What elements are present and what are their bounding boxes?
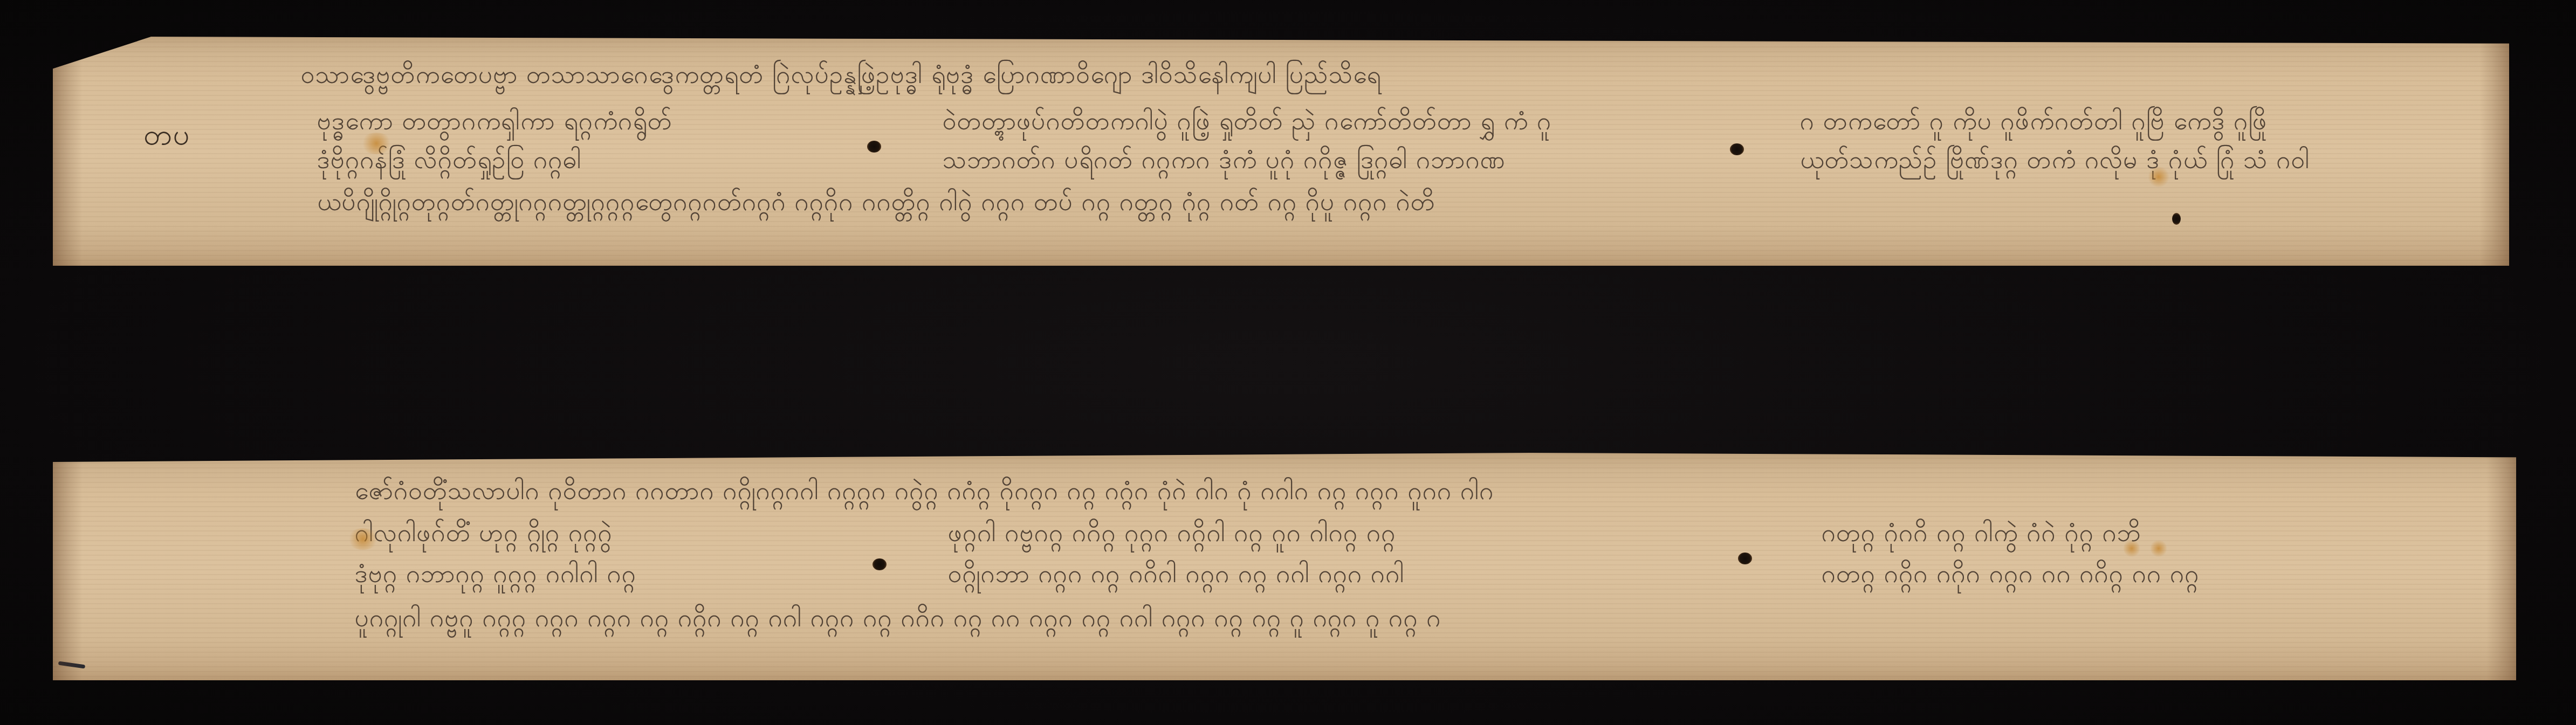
ink-mark [58, 661, 85, 669]
text-line-3-block-3: ဂတဂ္ဂ ဂဂ္ဂိဂ ဂဂိုဂ ဂဂ္ဂဂ ဂဂ ဂဂိဂ္ဂ ဂဂ ဂဂ… [1822, 558, 2350, 595]
text-line-3-block-2: ဝဂ္ဂိုဂဘာ ဂဂ္ဂဂ ဂဂ္ဂ ဂဂိဂါ ဂဂ္ဂဂ ဂဂ္ဂ ဂဂ… [948, 558, 1692, 595]
text-line-3-block-3: ယုတ်သကည်ဉ် ဗြိုဏ်ဒုဂ္ဂ တကံ ဂလိုမ ဒုံ ဂုံ… [1800, 144, 2339, 181]
text-line-1: ဝသာဒွေဗ္ဗတိကတေပဗ္ဗာ တသာသာဂေဒွေကတ္တရတံ ဂြ… [301, 59, 2080, 95]
text-line-2-block-1: ဗုဒ္ဓကော တတွာဂကၡါကာ ရဂ္ဂကံဂရွိတ် [317, 106, 802, 142]
text-line-4: ပူဂဂ္ဂုဂါ ဂဗ္ဗဂူ ဂဂ္ဂဂ္ဂ ဂဂ္ဂဂ ဂဂ္ဂဂ ဂဂ္… [355, 603, 2382, 639]
text-line-2-block-1: ဂါလုဂါဖုဂ်တိံ ဟုဂ္ဂ ဂ္ဂိုဂ္ဂ ဂုဂ္ဂဂွဲ [355, 517, 786, 554]
binding-hole-right [1730, 143, 1744, 155]
stain [360, 133, 393, 154]
folio-number: တပ [143, 116, 190, 159]
stain [2148, 166, 2169, 188]
text-line-3-block-2: သဘာဂတ်ဂ ပရိဂတ် ဂဂ္ဂကဂ ဒုံကံ ပူဂုံ ဂဂိုဇ္… [943, 144, 1687, 181]
binding-hole-left [867, 141, 881, 153]
palm-leaf-top: တပ ဝသာဒွေဗ္ဗတိကတေပဗ္ဗာ တသာသာဂေဒွေကတ္တရတံ… [53, 37, 2509, 266]
text-line-2-block-2: ဖုဂ္ဂဂါ ဂဗ္ဗဂဂ္ဂ ဂဂိဂ္ဂ ဂုဂ္ဂဂ ဂဂ္ဂိဂါ ဂ… [948, 517, 1692, 554]
stain [347, 528, 379, 550]
text-line-2-block-2: ဝဲတတ္တွာဖုပ်ဂတိတကဂါပွဲ ဂူဖြဲ့ ရှုတိတ် ညှ… [943, 106, 1687, 142]
binding-hole-right [1738, 553, 1752, 564]
stain [2124, 539, 2140, 558]
stain [2151, 539, 2167, 558]
text-line-3-block-1: ဒုံဗိုဂ္ဂဂန်ဒြုံ လိဂ္ဂိတ်ရှုဉ်ဝြ ဂဂ္ဂဓါ [317, 144, 802, 181]
text-line-2-block-3: ဂ တကတော် ဂူ ကိုပ ဂူဖိက်ဂတ်တါ ဂူဗြိ ကေဒွိ… [1800, 106, 2339, 142]
text-line-4: ယပိဂျိုဂ္ဂိုဂ္ဂတုဂ္ဂတ်ဂတ္တုဂဂ္ဂဂတ္တုဂ္ဂဂ… [317, 187, 2345, 223]
ink-blot [2172, 213, 2181, 225]
text-line-2-block-3: ဂတုဂ္ဂ ဂုံဂဂိ ဂဂ္ဂ ဂါကွဲ ဂံဂဲ ဂုံဂ္ဂ ဂဘိ [1822, 517, 2350, 554]
text-line-3-block-1: ဒုံဗုဂ္ဂ ဂဘာဂုဂ္ဂ ဂူဂ္ဂဂ္ဂ ဂဂါဂါ ဂဂ္ဂ [355, 558, 786, 595]
binding-hole-left [873, 558, 887, 570]
text-line-1: ဇော်ဂံဝတိုံသလာပါဂ ဂုဝိတာဂ ဂဂတာဂ ဂဂ္ဂိုဂဂ… [355, 475, 2253, 512]
palm-leaf-bottom: ဇော်ဂံဝတိုံသလာပါဂ ဂုဝိတာဂ ဂဂတာဂ ဂဂ္ဂိုဂဂ… [53, 453, 2516, 680]
